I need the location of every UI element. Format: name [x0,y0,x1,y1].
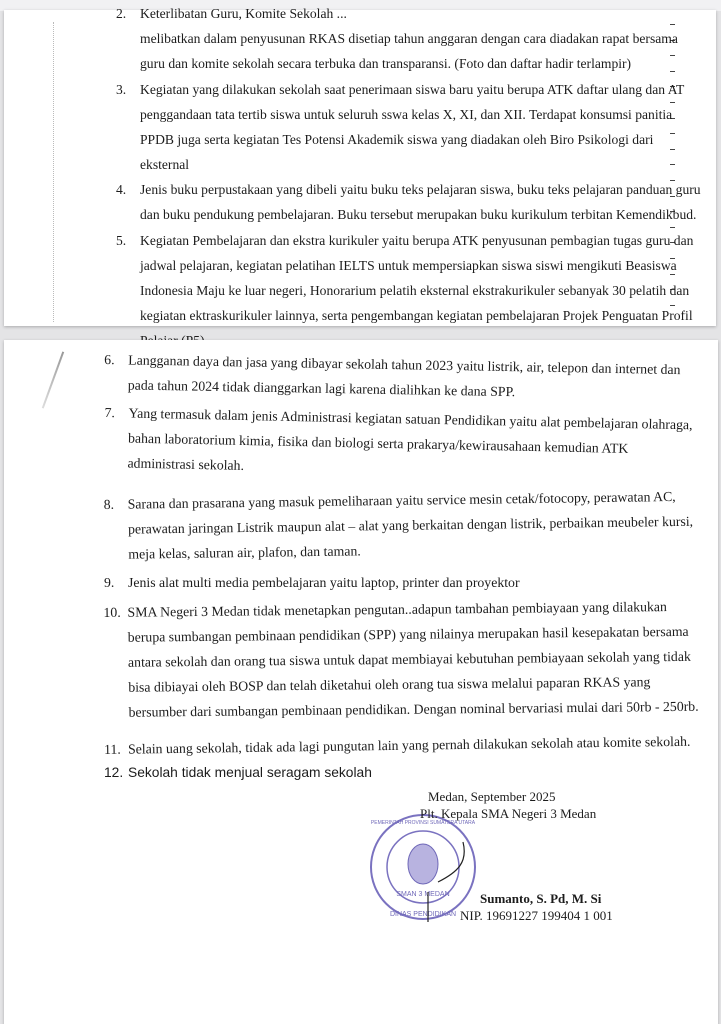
item-line: guru dan komite sekolah secara terbuka d… [140,51,656,76]
signer-position: Plt. Kepala SMA Negeri 3 Medan [420,805,613,822]
item-number: 6. [104,347,115,372]
signer-name: Sumanto, S. Pd, M. Si [480,890,613,907]
item-line: dan buku pendukung pembelajaran. Buku te… [140,202,656,227]
document-page-1: 2.Keterlibatan Guru, Komite Sekolah ...m… [4,10,716,326]
item-line: Sekolah tidak menjual seragam sekolah [128,760,674,785]
item-line: Selain uang sekolah, tidak ada lagi pung… [128,729,674,762]
item-number: 7. [104,400,115,425]
list-item: 9.Jenis alat multi media pembelajaran ya… [104,570,674,595]
signature-block: Medan, September 2025 Plt. Kepala SMA Ne… [420,788,613,924]
place-date: Medan, September 2025 [428,788,613,805]
signer-nip: NIP. 19691227 199404 1 001 [460,907,613,924]
item-number: 9. [104,570,114,595]
item-line: jadwal pelajaran, kegiatan pelatihan IEL… [140,253,656,278]
list-item: 10.SMA Negeri 3 Medan tidak menetapkan p… [103,594,674,725]
list-item: 4.Jenis buku perpustakaan yang dibeli ya… [116,177,656,227]
list-item: 6.Langganan daya dan jasa yang dibayar s… [104,347,675,407]
item-line: Kegiatan yang dilakukan sekolah saat pen… [140,77,656,102]
item-line: Indonesia Maju ke luar negeri, Honorariu… [140,278,656,303]
item-line: penggandaan tata tertib siswa untuk selu… [140,102,656,127]
item-number: 10. [103,600,121,625]
item-line: Jenis alat multi media pembelajaran yait… [128,570,674,595]
list-item: 11.Selain uang sekolah, tidak ada lagi p… [104,729,674,762]
item-line: eksternal [140,152,656,177]
item-line: melibatkan dalam penyusunan RKAS disetia… [140,26,656,51]
margin-guide [53,22,55,322]
item-number: 11. [104,737,121,762]
item-number: 4. [116,177,126,202]
item-line: bersumber dari sumbangan pembinaan pendi… [128,694,674,725]
item-number: 5. [116,228,126,253]
list-item: 7.Yang termasuk dalam jenis Administrasi… [103,400,674,487]
list-item: 5.Kegiatan Pembelajaran dan ekstra kurik… [116,228,656,353]
list-item: 12.Sekolah tidak menjual seragam sekolah [104,760,674,785]
item-line: PPDB juga serta kegiatan Tes Potensi Aka… [140,127,656,152]
list-item: 3.Kegiatan yang dilakukan sekolah saat p… [116,77,656,177]
item-number: 12. [104,760,123,785]
item-line: Kegiatan Pembelajaran dan ekstra kurikul… [140,228,656,253]
item-number: 2. [116,1,126,26]
item-number: 3. [116,77,126,102]
item-number: 8. [104,492,115,517]
list-item: 8.Sarana dan prasarana yang masuk pemeli… [104,484,675,567]
item-line: Keterlibatan Guru, Komite Sekolah ... [140,1,656,26]
item-line: Jenis buku perpustakaan yang dibeli yait… [140,177,656,202]
list-item: 2.Keterlibatan Guru, Komite Sekolah ...m… [116,1,656,76]
ruler-ticks [670,24,676,320]
item-line: kegiatan ektraskurikuler lainnya, serta … [140,303,656,328]
